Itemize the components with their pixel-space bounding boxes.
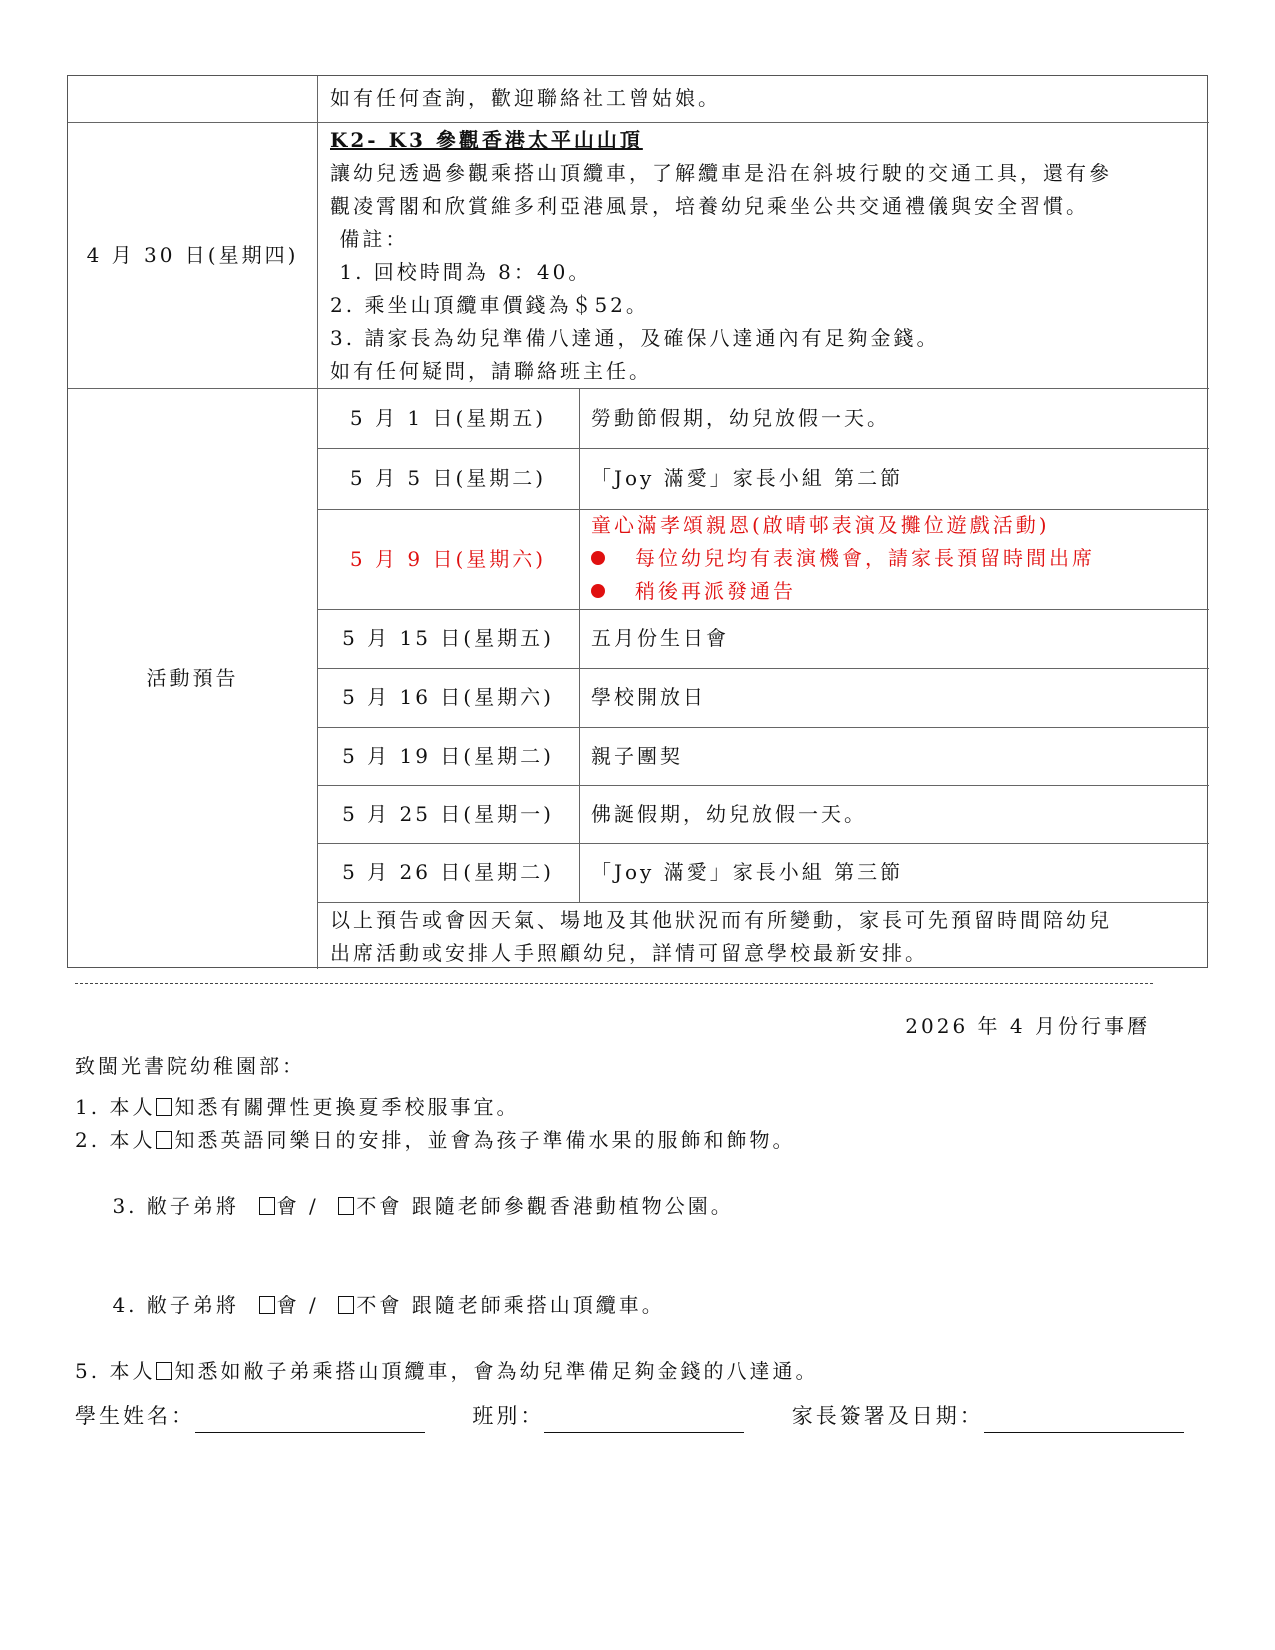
bullet-text: 稍後再派發通告 xyxy=(635,579,796,603)
item-text: 知悉如敝子弟乘搭山頂纜車，會為幼兒準備足夠金錢的八達通。 xyxy=(174,1359,818,1383)
event-bullet: 稍後再派發通告 xyxy=(591,575,1209,608)
preview-label: 活動預告 xyxy=(68,388,317,969)
apr30-title: K2- K3 參觀香港太平山山頂 xyxy=(330,124,1112,157)
apr30-desc-line2: 觀凌霄閣和欣賞維多利亞港風景，培養幼兒乘坐公共交通禮儀與安全習慣。 xyxy=(330,190,1112,223)
separator: / xyxy=(300,1194,338,1218)
footnote-line: 出席活動或安排人手照顧幼兒，詳情可留意學校最新安排。 xyxy=(330,937,1112,970)
item-text: 跟隨老師乘搭山頂纜車。 xyxy=(402,1293,664,1317)
event-desc-highlight: 童心滿孝頌親恩(啟晴邨表演及攤位遊戲活動) 每位幼兒均有表演機會，請家長預留時間… xyxy=(591,509,1209,609)
event-desc-text: 「Joy 滿愛」家長小組 第三節 xyxy=(591,856,903,889)
apr30-note-1: 1. 回校時間為 8：40。 xyxy=(330,256,1112,289)
preview-label-text: 活動預告 xyxy=(147,662,239,695)
item-prefix: 1. 本人 xyxy=(75,1095,155,1119)
event-desc: 五月份生日會 xyxy=(579,609,1209,668)
item-prefix: 5. 本人 xyxy=(75,1359,155,1383)
event-date-text: 5 月 5 日(星期二) xyxy=(350,462,546,495)
event-desc-text: 親子團契 xyxy=(591,740,683,773)
event-desc: 勞動節假期，幼兒放假一天。 xyxy=(579,388,1209,448)
bullet-text: 每位幼兒均有表演機會，請家長預留時間出席 xyxy=(635,546,1095,570)
reply-items: 1. 本人知悉有關彈性更換夏季校服事宜。 2. 本人知悉英語同樂日的安排，並會為… xyxy=(75,1091,818,1388)
event-date: 5 月 26 日(星期二) xyxy=(317,843,579,902)
event-desc: 「Joy 滿愛」家長小組 第二節 xyxy=(579,448,1209,509)
event-desc-text: 五月份生日會 xyxy=(591,622,729,655)
checkbox-no[interactable] xyxy=(338,1296,354,1314)
reply-item-1: 1. 本人知悉有關彈性更換夏季校服事宜。 xyxy=(75,1091,818,1124)
event-desc: 親子團契 xyxy=(579,727,1209,785)
reply-item-2: 2. 本人知悉英語同樂日的安排，並會為孩子準備水果的服飾和飾物。 xyxy=(75,1124,818,1157)
event-date-text: 5 月 25 日(星期一) xyxy=(342,798,554,831)
option-yes-label: 會 xyxy=(277,1194,300,1218)
event-date-text: 5 月 16 日(星期六) xyxy=(342,681,554,714)
apr30-note-2: 2. 乘坐山頂纜車價錢為＄52。 xyxy=(330,289,1112,322)
parent-signature-label: 家長簽署及日期： xyxy=(792,1404,984,1428)
inquiry-text: 如有任何查詢，歡迎聯絡社工曾姑娘。 xyxy=(330,82,721,115)
class-field[interactable] xyxy=(544,1410,744,1433)
calendar-table: 如有任何查詢，歡迎聯絡社工曾姑娘。 4 月 30 日(星期四) K2- K3 參… xyxy=(67,75,1208,968)
checkbox-no[interactable] xyxy=(338,1197,354,1215)
checkbox[interactable] xyxy=(156,1131,172,1149)
event-desc-text: 童心滿孝頌親恩(啟晴邨表演及攤位遊戲活動) xyxy=(591,509,1209,542)
option-yes-label: 會 xyxy=(277,1293,300,1317)
event-date-text: 5 月 19 日(星期二) xyxy=(342,740,554,773)
separator: / xyxy=(300,1293,338,1317)
option-no-label: 不會 xyxy=(356,1293,402,1317)
checkbox-yes[interactable] xyxy=(259,1197,275,1215)
event-bullet: 每位幼兒均有表演機會，請家長預留時間出席 xyxy=(591,542,1209,575)
checkbox-yes[interactable] xyxy=(259,1296,275,1314)
checkbox[interactable] xyxy=(156,1098,172,1116)
event-desc: 「Joy 滿愛」家長小組 第三節 xyxy=(579,843,1209,902)
checkbox[interactable] xyxy=(156,1362,172,1380)
apr30-date-text: 4 月 30 日(星期四) xyxy=(87,239,299,272)
event-date: 5 月 19 日(星期二) xyxy=(317,727,579,785)
apr30-contact: 如有任何疑問，請聯絡班主任。 xyxy=(330,355,1112,388)
event-date: 5 月 25 日(星期一) xyxy=(317,785,579,843)
event-date-highlight: 5 月 9 日(星期六) xyxy=(317,509,579,609)
student-name-field[interactable] xyxy=(195,1410,425,1433)
signature-row: 學生姓名： 班別： 家長簽署及日期： xyxy=(75,1400,1184,1433)
item-text: 知悉有關彈性更換夏季校服事宜。 xyxy=(174,1095,519,1119)
event-desc-text: 佛誕假期，幼兒放假一天。 xyxy=(591,798,867,831)
item-prefix: 4. 敝子弟將 xyxy=(112,1293,257,1317)
option-no-label: 不會 xyxy=(356,1194,402,1218)
footnote-line: 以上預告或會因天氣、場地及其他狀況而有所變動，家長可先預留時間陪幼兒 xyxy=(330,904,1112,937)
event-date-text: 5 月 15 日(星期五) xyxy=(342,622,554,655)
tear-off-line xyxy=(75,983,1153,984)
event-date-text: 5 月 26 日(星期二) xyxy=(342,856,554,889)
apr30-remark-label: 備註： xyxy=(330,223,1112,256)
reply-item-5: 5. 本人知悉如敝子弟乘搭山頂纜車，會為幼兒準備足夠金錢的八達通。 xyxy=(75,1355,818,1388)
event-desc-text: 學校開放日 xyxy=(591,681,706,714)
item-prefix: 3. 敝子弟將 xyxy=(112,1194,257,1218)
apr30-desc-line1: 讓幼兒透過參觀乘搭山頂纜車，了解纜車是沿在斜坡行駛的交通工具，還有參 xyxy=(330,157,1112,190)
event-date: 5 月 16 日(星期六) xyxy=(317,668,579,727)
bullet-icon xyxy=(591,584,605,598)
apr30-note-3: 3. 請家長為幼兒準備八達通，及確保八達通內有足夠金錢。 xyxy=(330,322,1112,355)
class-label: 班別： xyxy=(472,1404,544,1428)
parent-signature-field[interactable] xyxy=(984,1410,1184,1433)
event-date-text: 5 月 1 日(星期五) xyxy=(350,402,546,435)
addressee: 致閩光書院幼稚園部： xyxy=(75,1050,305,1083)
reply-slip-heading: 2026 年 4 月份行事曆 xyxy=(905,1010,1150,1043)
event-date-text: 5 月 9 日(星期六) xyxy=(350,543,546,576)
item-text: 跟隨老師參觀香港動植物公園。 xyxy=(402,1194,733,1218)
item-text: 知悉英語同樂日的安排，並會為孩子準備水果的服飾和飾物。 xyxy=(174,1128,795,1152)
event-desc: 學校開放日 xyxy=(579,668,1209,727)
event-desc: 佛誕假期，幼兒放假一天。 xyxy=(579,785,1209,843)
event-date: 5 月 15 日(星期五) xyxy=(317,609,579,668)
reply-item-3: 3. 敝子弟將 會 / 不會 跟隨老師參觀香港動植物公園。 xyxy=(75,1157,818,1256)
item-prefix: 2. 本人 xyxy=(75,1128,155,1152)
row-divider xyxy=(317,902,1209,903)
apr30-details: K2- K3 參觀香港太平山山頂 讓幼兒透過參觀乘搭山頂纜車，了解纜車是沿在斜坡… xyxy=(330,124,1112,388)
reply-item-4: 4. 敝子弟將 會 / 不會 跟隨老師乘搭山頂纜車。 xyxy=(75,1256,818,1355)
event-desc-text: 勞動節假期，幼兒放假一天。 xyxy=(591,402,890,435)
apr30-date: 4 月 30 日(星期四) xyxy=(68,122,317,388)
event-date: 5 月 1 日(星期五) xyxy=(317,388,579,448)
bullet-icon xyxy=(591,551,605,565)
preview-footnote: 以上預告或會因天氣、場地及其他狀況而有所變動，家長可先預留時間陪幼兒 出席活動或… xyxy=(330,904,1112,970)
student-name-label: 學生姓名： xyxy=(75,1404,195,1428)
event-desc-text: 「Joy 滿愛」家長小組 第二節 xyxy=(591,462,903,495)
event-date: 5 月 5 日(星期二) xyxy=(317,448,579,509)
